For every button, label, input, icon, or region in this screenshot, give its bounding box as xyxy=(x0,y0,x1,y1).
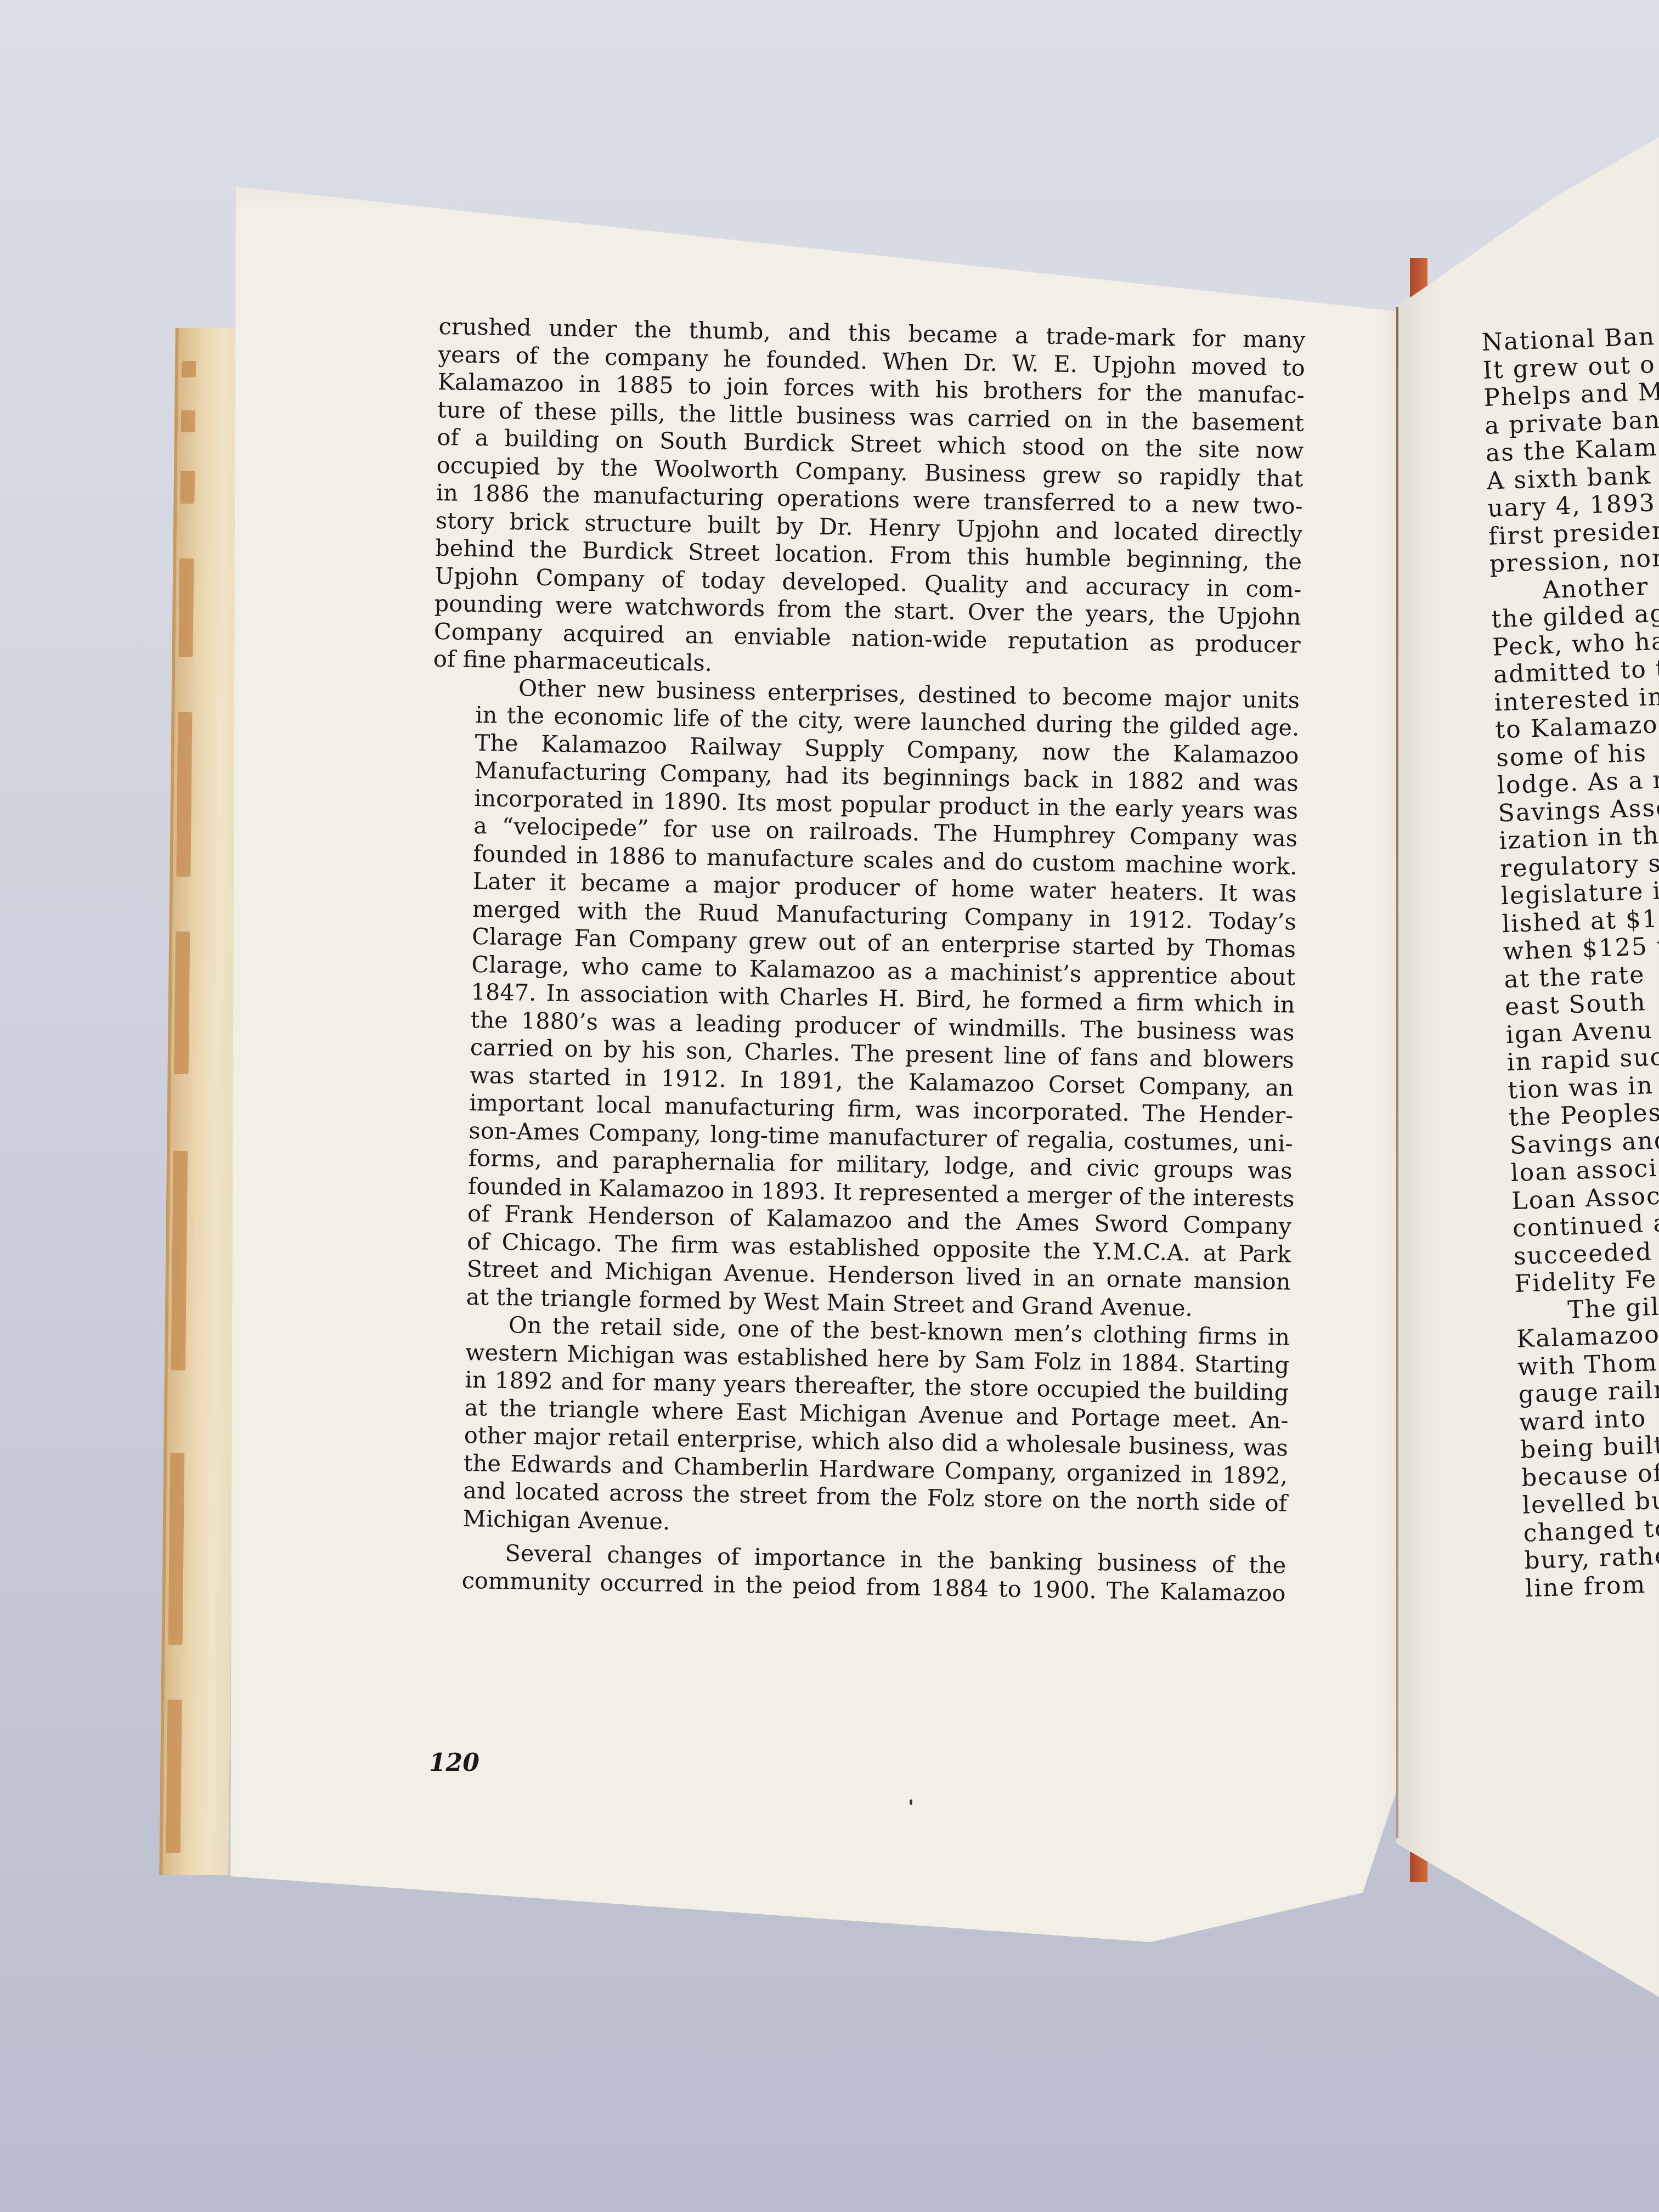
left-page-text: crushed under the thumb, and this became… xyxy=(419,313,1305,1607)
text-line: bury, rathe xyxy=(1524,1541,1659,1575)
text-line: levelled bu xyxy=(1522,1486,1659,1520)
cover-pattern-mark xyxy=(178,558,194,657)
paper-speck xyxy=(910,1799,912,1805)
cover-pattern-mark xyxy=(168,1453,185,1645)
cover-pattern-mark xyxy=(180,471,195,504)
paragraph-retail: On the retail side, one of the best-know… xyxy=(420,1310,1290,1545)
text-line: gauge railr xyxy=(1518,1375,1659,1409)
cover-pattern-mark xyxy=(171,1151,188,1370)
cover-pattern-mark xyxy=(166,1700,182,1853)
text-line: Fidelity Fe xyxy=(1514,1264,1659,1298)
cover-pattern-mark xyxy=(176,712,192,877)
paragraph-new-enterprises: Other new business enterprises, destined… xyxy=(423,673,1300,1323)
text-line: changed to xyxy=(1523,1513,1659,1547)
cover-pattern-mark xyxy=(181,410,195,432)
text-line: line from xyxy=(1525,1568,1659,1602)
page-number: 120 xyxy=(429,1749,479,1777)
book-gutter xyxy=(1396,307,1398,1838)
cover-pattern-mark xyxy=(182,361,196,377)
text-line: Kalamazoo xyxy=(1516,1319,1659,1353)
cover-pattern-mark xyxy=(174,932,190,1074)
paragraph-upjohn: crushed under the thumb, and this became… xyxy=(433,313,1306,686)
text-line: being built xyxy=(1520,1430,1659,1464)
